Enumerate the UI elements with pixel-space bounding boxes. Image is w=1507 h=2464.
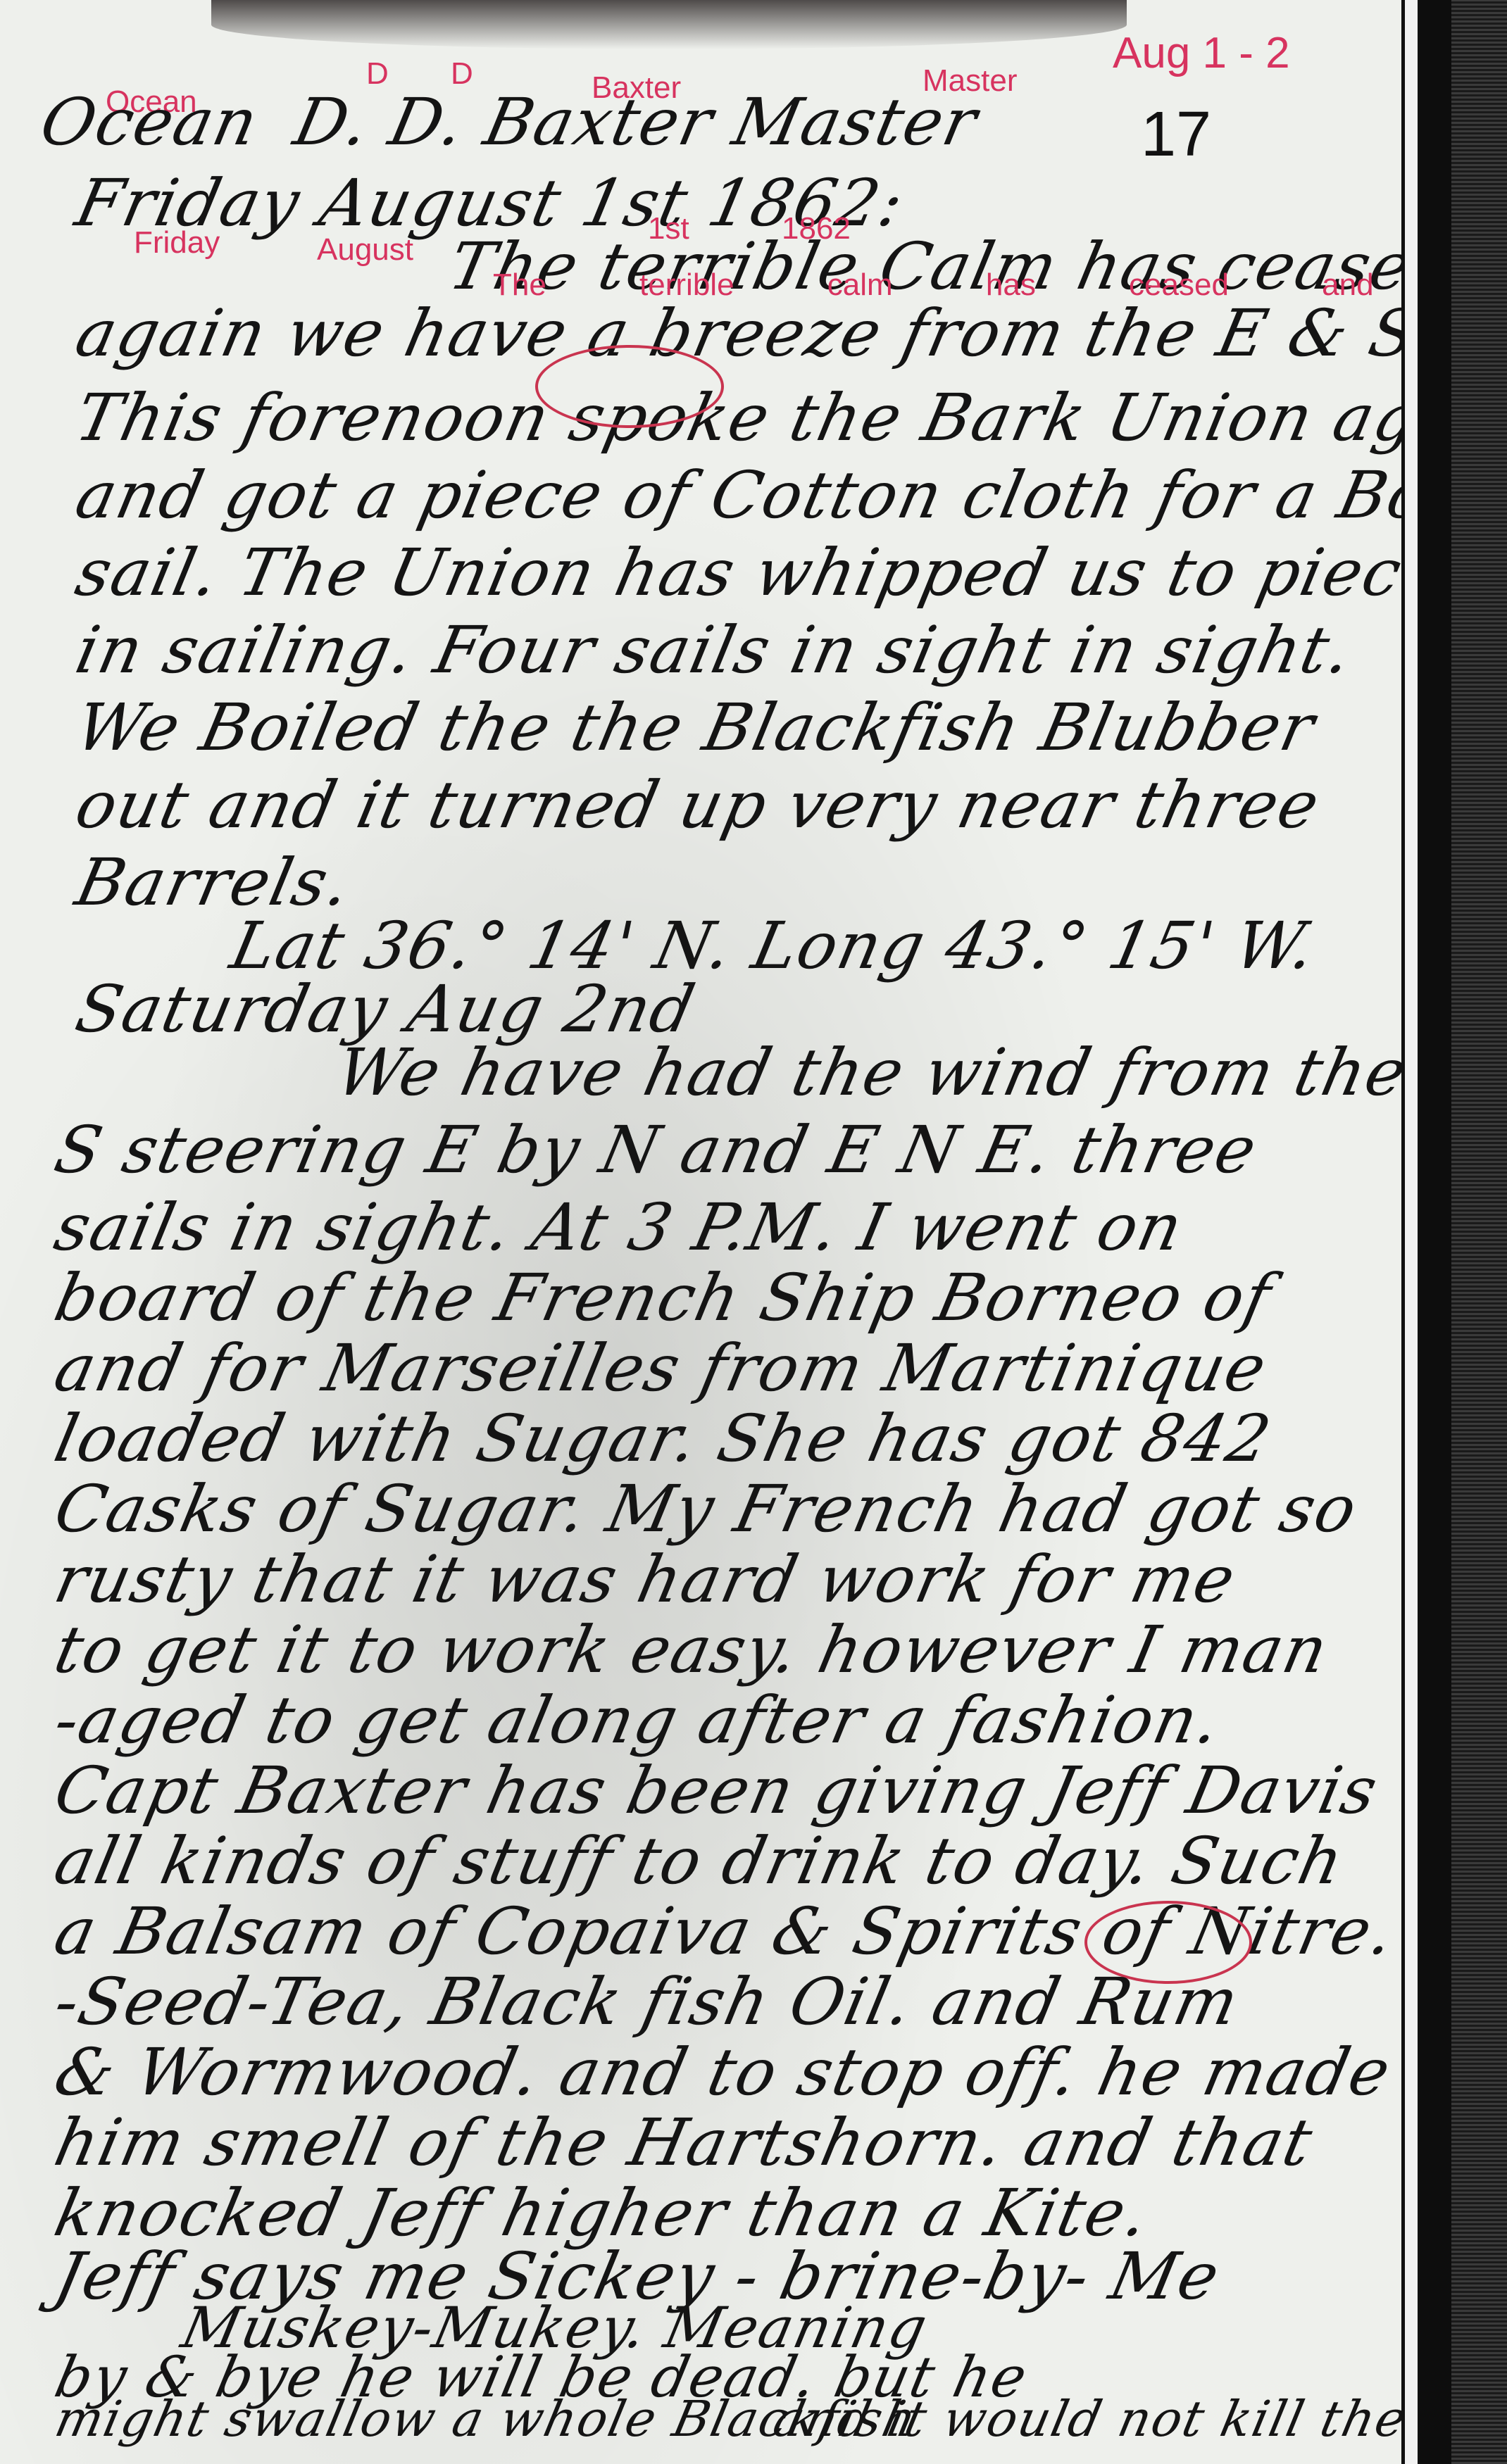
log-line: him smell of the Hartshorn. and that	[49, 2105, 1320, 2180]
log-line: board of the French Ship Borneo of	[49, 1260, 1279, 1335]
log-line: out and it turned up very near three	[70, 767, 1327, 843]
log-line: & Wormwood. and to stop off. he made	[49, 2035, 1398, 2110]
log-line: sail. The Union has whipped us to pieces	[70, 535, 1484, 610]
log-line: Casks of Sugar. My French had got so	[49, 1471, 1365, 1547]
log-line: loaded with Sugar. She has got 842	[49, 1401, 1279, 1476]
log-line: in sailing. Four sails in sight in sight…	[70, 612, 1360, 688]
log-line: rusty that it was hard work for me	[49, 1542, 1243, 1617]
log-line: Capt Baxter has been giving Jeff Davis	[49, 1753, 1385, 1828]
annotation-circle	[535, 345, 724, 428]
log-line: -Seed-Tea, Black fish Oil. and Rum	[49, 1964, 1246, 2039]
scan-smudge	[211, 0, 1127, 49]
annotation: Friday	[134, 225, 220, 260]
log-line: a Balsam of Copaiva & Spirits of Nitre. …	[49, 1894, 1507, 1969]
log-line: to get it to work easy. however I man	[49, 1612, 1335, 1687]
log-line: again we have a breeze from the E & S E.	[70, 296, 1507, 371]
log-line: sails in sight. At 3 P.M. I went on	[49, 1190, 1190, 1265]
log-line: -aged to get along after a fashion.	[49, 1683, 1228, 1758]
logbook-page: Aug 1 - 2 Ocean D D Baxter Master Ocean …	[0, 0, 1401, 2464]
vessel-name: Ocean	[35, 84, 265, 160]
log-line: We Boiled the the Blackfish Blubber	[70, 690, 1322, 765]
log-line: We have had the wind from the	[330, 1035, 1415, 1110]
page-number: 17	[1141, 99, 1211, 171]
date-range-annotation: Aug 1 - 2	[1113, 28, 1290, 78]
log-line: all kinds of stuff to drink to day. Such	[49, 1823, 1351, 1899]
log-line: This forenoon spoke the Bark Union again	[70, 380, 1507, 455]
book-binding	[1401, 0, 1507, 2464]
log-line: S steering E by N and E N E. three	[49, 1112, 1264, 1188]
log-line: and it would not kill the Nigger.	[768, 2390, 1507, 2448]
log-line: and for Marseilles from Martinique	[49, 1331, 1274, 1406]
log-line: and got a piece of Cotton cloth for a Bo…	[70, 458, 1504, 533]
annotation: August	[317, 232, 413, 268]
master-line: D. D. Baxter Master	[288, 84, 984, 160]
